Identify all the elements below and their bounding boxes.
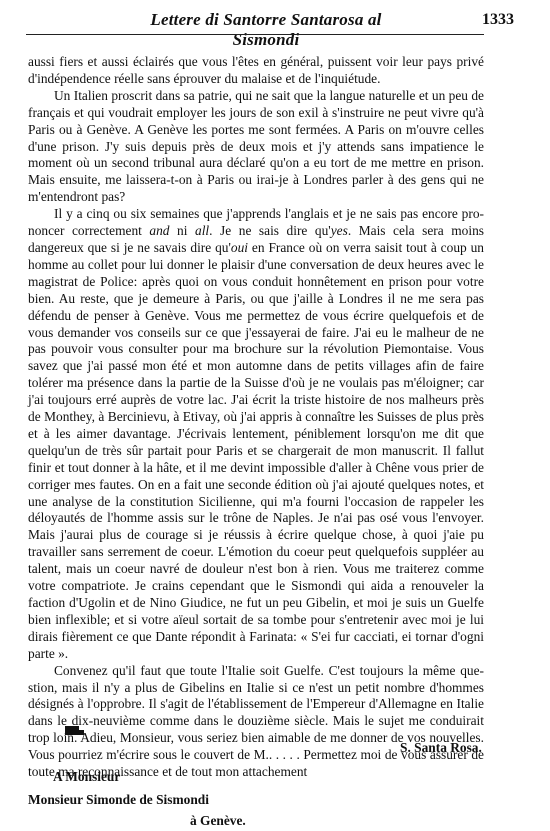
- text-run: . Je ne sais dire qu': [209, 223, 331, 238]
- italic-term: oui: [231, 240, 248, 255]
- italic-term: yes: [331, 223, 348, 238]
- letter-body: aussi fiers et aussi éclairés que vous l…: [28, 54, 484, 781]
- document-page: Lettere di Santorre Santarosa al Sismond…: [0, 0, 550, 831]
- text-run: Convenez qu'il faut que toute l'Italie s…: [28, 663, 484, 779]
- italic-term: all: [195, 223, 209, 238]
- paragraph: Convenez qu'il faut que toute l'Italie s…: [28, 663, 484, 781]
- ink-blot-mark: [65, 726, 84, 735]
- running-head: Lettere di Santorre Santarosa al Sismond…: [26, 10, 514, 34]
- address-line-2: Monsieur Simonde de Sismondi: [28, 792, 209, 808]
- header-rule: [26, 34, 484, 35]
- text-run: en France où on verra saisit tout à coup…: [28, 240, 484, 661]
- address-line-3: à Genève.: [190, 813, 246, 829]
- page-number: 1333: [482, 11, 514, 29]
- address-line-1: A Monsieur: [53, 769, 120, 785]
- running-title: Lettere di Santorre Santarosa al Sismond…: [116, 10, 416, 50]
- paragraph: Un Italien proscrit dans sa patrie, qui …: [28, 88, 484, 206]
- italic-term: and: [149, 223, 169, 238]
- text-run: aussi fiers et aussi éclairés que vous l…: [28, 54, 484, 86]
- paragraph: aussi fiers et aussi éclairés que vous l…: [28, 54, 484, 88]
- signature: S. Santa Rosa.: [400, 740, 482, 756]
- text-run: Un Italien proscrit dans sa patrie, qui …: [28, 88, 484, 204]
- text-run: ni: [170, 223, 196, 238]
- paragraph: Il y a cinq ou six semaines que j'appren…: [28, 206, 484, 662]
